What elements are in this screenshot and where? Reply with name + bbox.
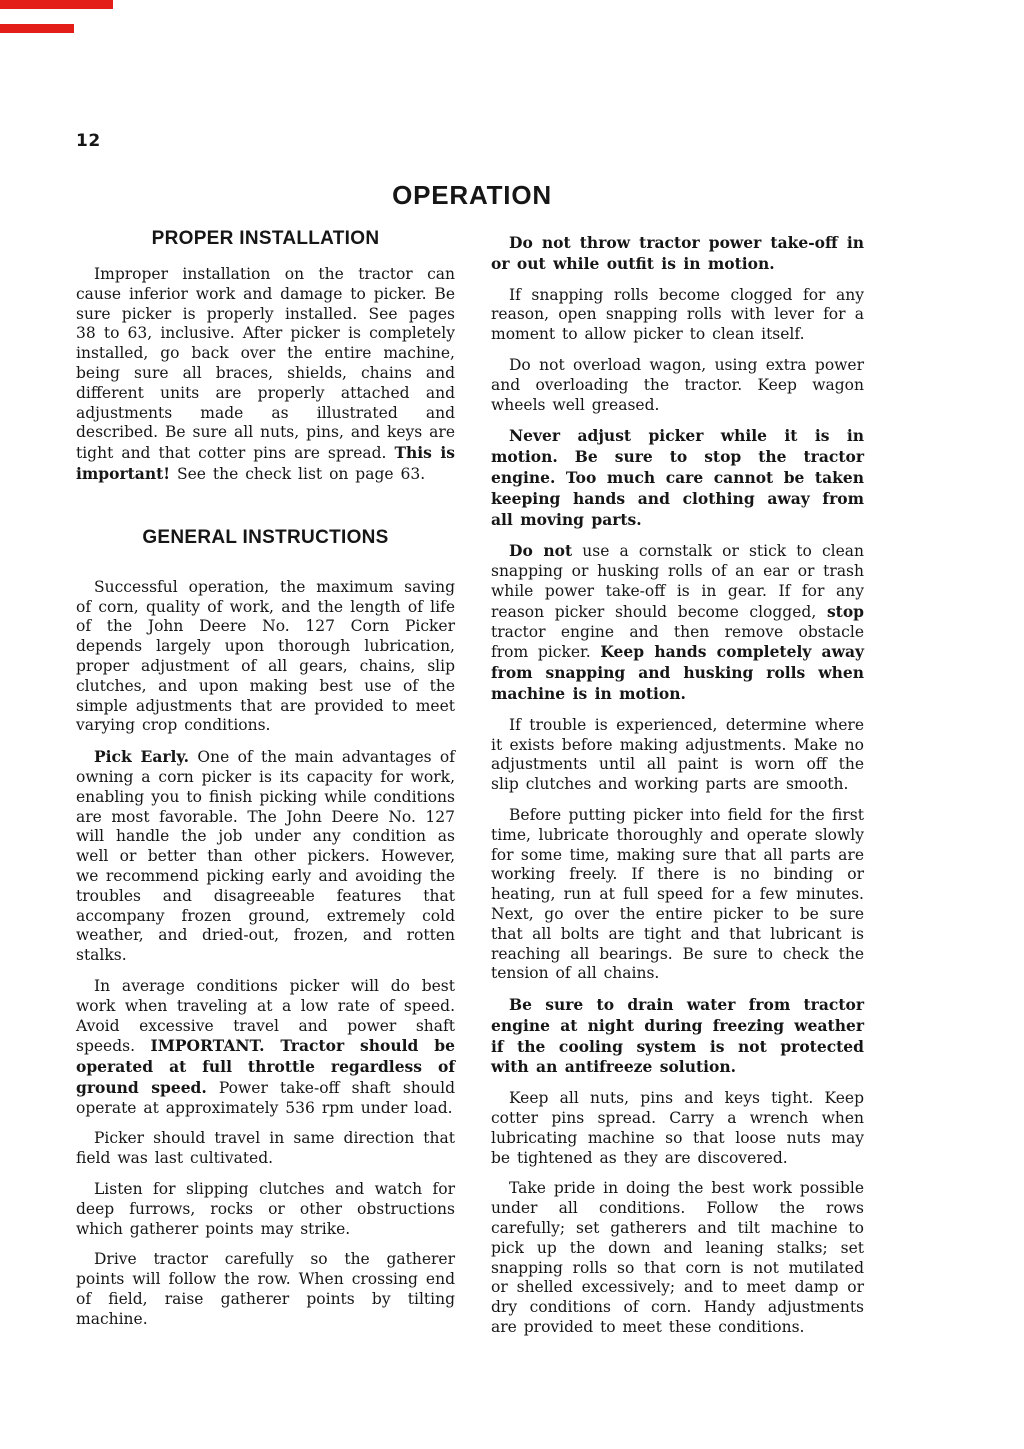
section-heading: PROPER INSTALLATION — [76, 228, 455, 250]
page-number: 12 — [76, 131, 101, 151]
text-run: One of the main advantages of owning a c… — [76, 748, 455, 964]
paragraph: Drive tractor carefully so the gatherer … — [76, 1250, 455, 1329]
text-run: Take pride in doing the best work possib… — [491, 1179, 864, 1336]
text-run: If snapping rolls become clogged for any… — [491, 286, 864, 344]
paragraph: Picker should travel in same direction t… — [76, 1129, 455, 1169]
text-run: Do not overload wagon, using extra power… — [491, 356, 864, 414]
paragraph: Do not use a cornstalk or stick to clean… — [491, 541, 864, 704]
paragraph: Improper installation on the tractor can… — [76, 265, 455, 485]
paragraph: Do not throw tractor power take-off in o… — [491, 233, 864, 275]
paragraph: If trouble is experienced, determine whe… — [491, 716, 864, 795]
left-column: PROPER INSTALLATIONImproper installation… — [76, 228, 455, 1341]
bold-text-run: Be sure to drain water from tractor engi… — [491, 995, 864, 1076]
text-run: Drive tractor carefully so the gatherer … — [76, 1250, 455, 1327]
paragraph: In average conditions picker will do bes… — [76, 977, 455, 1119]
paragraph: Keep all nuts, pins and keys tight. Keep… — [491, 1089, 864, 1168]
text-run: See the check list on page 63. — [170, 465, 425, 483]
bold-text-run: stop — [827, 602, 864, 621]
scan-artifact-bar-lower — [0, 24, 74, 33]
paragraph: Pick Early. One of the main advantages o… — [76, 747, 455, 966]
paragraph: Do not overload wagon, using extra power… — [491, 356, 864, 415]
paragraph: Successful operation, the maximum saving… — [76, 578, 455, 736]
text-run: Improper installation on the tractor can… — [76, 265, 455, 462]
paragraph: Listen for slipping clutches and watch f… — [76, 1180, 455, 1239]
right-column: Do not throw tractor power take-off in o… — [491, 228, 864, 1349]
bold-text-run: Do not throw tractor power take-off in o… — [491, 233, 864, 273]
scan-artifact-bar-top — [0, 0, 113, 9]
text-run: Before putting picker into field for the… — [491, 806, 864, 982]
text-run: If trouble is experienced, determine whe… — [491, 716, 864, 793]
paragraph: Before putting picker into field for the… — [491, 806, 864, 984]
paragraph: Never adjust picker while it is in motio… — [491, 426, 864, 530]
bold-text-run: Never adjust picker while it is in motio… — [491, 426, 864, 528]
manual-page: 12 OPERATION PROPER INSTALLATIONImproper… — [0, 0, 1024, 1449]
paragraph: If snapping rolls become clogged for any… — [491, 286, 864, 345]
page-title: OPERATION — [78, 180, 866, 211]
text-run: Successful operation, the maximum saving… — [76, 578, 455, 735]
paragraph: Be sure to drain water from tractor engi… — [491, 995, 864, 1078]
text-run: Picker should travel in same direction t… — [76, 1129, 455, 1167]
paragraph: Take pride in doing the best work possib… — [491, 1179, 864, 1337]
bold-text-run: Pick Early. — [94, 747, 189, 766]
section-heading: GENERAL INSTRUCTIONS — [76, 527, 455, 549]
text-run: Listen for slipping clutches and watch f… — [76, 1180, 455, 1238]
bold-text-run: Do not — [509, 541, 572, 560]
text-run: Keep all nuts, pins and keys tight. Keep… — [491, 1089, 864, 1166]
